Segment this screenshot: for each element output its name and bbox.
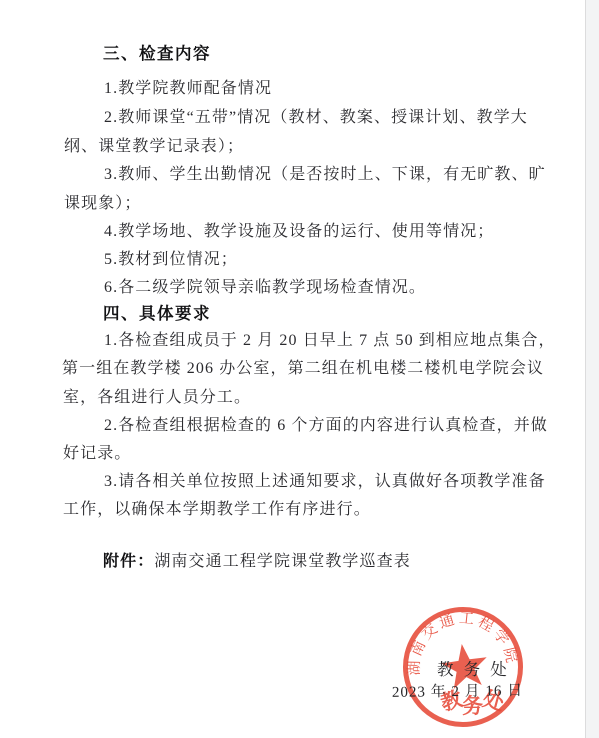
attachment-label: 附件： — [103, 553, 154, 570]
req-1-continued-a: 第一组在教学楼 206 办公室，第二组在机电楼二楼机电学院会议 — [62, 361, 544, 377]
document-page: 三、检查内容 1.教学院教师配备情况 2.教师课堂“五带”情况（教材、教案、授课… — [0, 0, 599, 738]
item-4-facilities: 4.教学场地、教学设施及设备的运行、使用等情况； — [104, 224, 494, 240]
section-heading-4: 四、具体要求 — [103, 306, 211, 323]
req-1-assembly: 1.各检查组成员于 2 月 20 日早上 7 点 50 到相应地点集合， — [104, 333, 556, 349]
req-3-continued: 工作，以确保本学期教学工作有序进行。 — [63, 502, 371, 518]
item-3-continued: 课现象）； — [64, 196, 142, 212]
document-date: 2023 年 2 月 16 日 — [392, 684, 523, 701]
item-6-leader-inspection: 6.各二级学院领导亲临教学现场检查情况。 — [104, 280, 426, 296]
req-3-preparation: 3.请各相关单位按照上述通知要求，认真做好各项教学准备 — [104, 474, 546, 490]
signer-office-text: 教 务 处 — [437, 662, 510, 679]
item-1-teacher-staffing: 1.教学院教师配备情况 — [104, 81, 272, 97]
item-2-five-bring: 2.教师课堂“五带”情况（教材、教案、授课计划、教学大 — [104, 110, 528, 126]
req-2-inspect-record: 2.各检查组根据检查的 6 个方面的内容进行认真检查，并做 — [104, 418, 548, 434]
item-3-attendance: 3.教师、学生出勤情况（是否按时上、下课，有无旷教、旷 — [104, 167, 546, 183]
attachment-line: 附件：湖南交通工程学院课堂教学巡查表 — [103, 554, 411, 570]
attachment-title: 湖南交通工程学院课堂教学巡查表 — [154, 553, 411, 570]
item-5-textbooks: 5.教材到位情况； — [104, 252, 238, 268]
section-heading-3: 三、检查内容 — [103, 46, 211, 63]
req-2-continued: 好记录。 — [63, 446, 131, 462]
req-1-continued-b: 室，各组进行人员分工。 — [63, 390, 251, 406]
official-seal: 湖南交通工程学院 教 务 处 教 务 处 — [399, 604, 529, 734]
scan-page-edge — [585, 0, 599, 738]
item-2-continued: 纲、课堂教学记录表）； — [64, 139, 244, 155]
